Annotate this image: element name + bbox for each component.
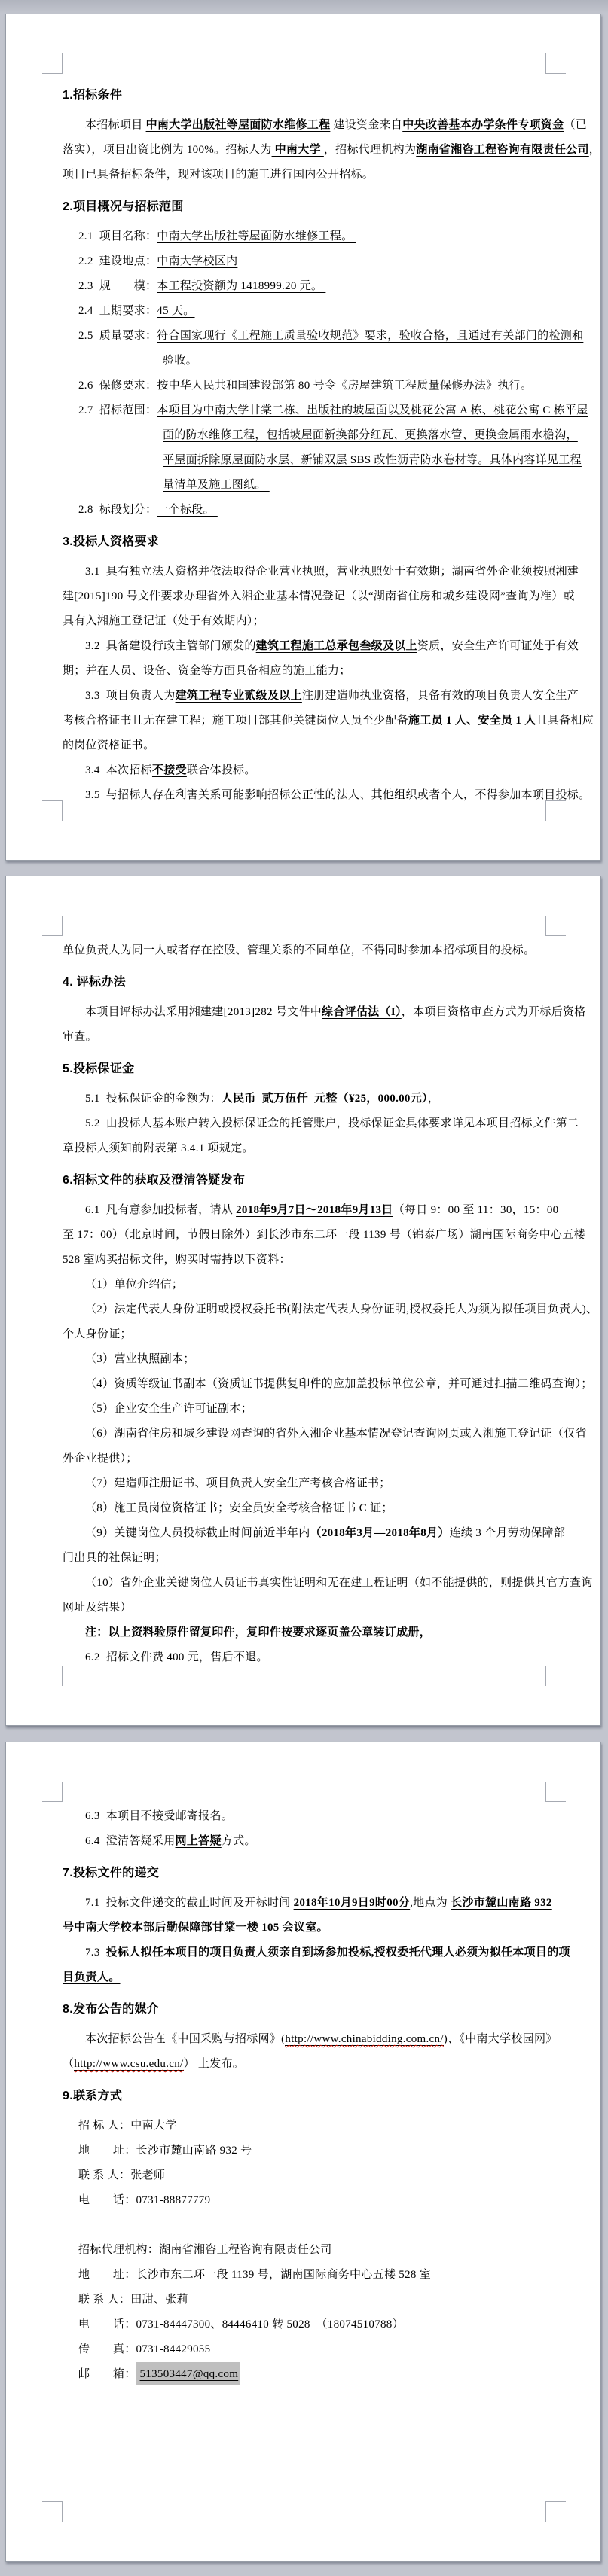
text-line: 审查。 [63, 1025, 563, 1050]
text-line: 联 系 人：张老师 [78, 2163, 563, 2188]
text-run: 单位负责人为同一人或者存在控股、管理关系的不同单位，不得同时参加本招标项目的投标… [63, 944, 535, 956]
text-run: 具有入湘施工登记证（处于有效期内）； [63, 615, 264, 627]
heading-8-announcement-media: 8.发布公告的媒介 [63, 1997, 563, 2022]
text-run: 一个标段。 [157, 504, 218, 516]
text-run: 本次招标公告在《中国采购与招标网》( [85, 2033, 285, 2045]
text-line: 验收。 [163, 349, 563, 373]
text-line: （6）湖南省住房和城乡建设网查询的省外入湘企业基本情况登记查询网页或入湘施工登记… [85, 1422, 563, 1447]
text-run: 号中南大学校本部后勤保障部甘棠一楼 105 会议室。 [63, 1922, 328, 1934]
text-run: 5.2 由投标人基本账户转入投标保证金的托管账户，投标保证金具体要求详见本项目招… [85, 1117, 579, 1129]
text-run: 量清单及施工图纸。 [163, 479, 270, 491]
text-line: 期；并在人员、设备、资金等方面具备相应的施工能力； [63, 659, 563, 684]
heading-3-bidder-qualifications: 3.投标人资格要求 [63, 529, 563, 554]
text-run: 个人身份证； [63, 1328, 132, 1340]
text-run: )、《中南大学校园网》 [444, 2033, 558, 2045]
text-line: 网址及结果） [63, 1596, 563, 1620]
text-line: 6.3 本项目不接受邮寄报名。 [85, 1804, 563, 1829]
text-run: 湖南省湘咨工程咨询有限责任公司 [416, 144, 589, 156]
text-run: 面的防水维修工程，包括坡屋面新换部分红瓦、更换落水管、更换金属雨水檐沟， [163, 429, 578, 441]
text-run: ， [589, 144, 600, 156]
text-run: 电 话：0731-88877779 [78, 2194, 210, 2206]
text-run: 长沙市麓山南路 932 [451, 1897, 552, 1909]
text-run: 资质，安全生产许可证处于有效 [417, 640, 579, 652]
text-run: 9.联系方式 [63, 2090, 122, 2102]
text-line: 外企业提供）； [63, 1447, 563, 1471]
text-run: 不接受 [152, 764, 187, 776]
text-line: 3.1 具有独立法人资格并依法取得企业营业执照，营业执照处于有效期；湖南省外企业… [85, 559, 563, 584]
text-run: 且具备相应 [536, 715, 594, 727]
text-run: 审查。 [63, 1031, 97, 1043]
text-run: （1）单位介绍信； [85, 1279, 183, 1291]
text-run: 中南大学校区内 [157, 255, 237, 267]
text-run: 元） [411, 1093, 428, 1105]
text-line: 单位负责人为同一人或者存在控股、管理关系的不同单位，不得同时参加本招标项目的投标… [63, 938, 563, 963]
text-run: 45 天。 [157, 305, 194, 317]
text-run: 招标代理机构：湖南省湘咨工程咨询有限责任公司 [78, 2244, 332, 2256]
text-line: 2.6 保修要求：按中华人民共和国建设部第 80 号令《房屋建筑工程质量保修办法… [78, 373, 563, 398]
text-line: 招标代理机构：湖南省湘咨工程咨询有限责任公司 [78, 2238, 563, 2263]
url-csu[interactable]: http://www.csu.edu.cn/ [74, 2058, 183, 2071]
text-line: 3.5 与招标人存在利害关系可能影响招标公正性的法人、其他组织或者个人，不得参加… [85, 783, 563, 808]
text-line: （4）资质等级证书副本（资质证书提供复印件的应加盖投标单位公章，并可通过扫描二维… [85, 1372, 563, 1397]
text-line [63, 2213, 563, 2238]
text-run: 3.1 具有独立法人资格并依法取得企业营业执照，营业执照处于有效期；湖南省外企业… [85, 566, 579, 578]
text-run [63, 2219, 66, 2231]
page-3-text-content: 6.3 本项目不接受邮寄报名。6.4 澄清答疑采用网上答疑方式。7.投标文件的递… [63, 1804, 563, 2387]
text-line: 电 话：0731-88877779 [78, 2188, 563, 2213]
text-run: 联 系 人：田甜、张莉 [78, 2294, 188, 2306]
text-line: （9）关键岗位人员投标截止时间前近半年内（2018年3月—2018年8月）连续 … [85, 1521, 563, 1546]
text-run: 至 17：00）（北京时间，节假日除外）到长沙市东二环一段 1139 号（锦泰广… [63, 1229, 585, 1241]
text-run: 网上答疑 [176, 1835, 222, 1847]
text-line: 号中南大学校本部后勤保障部甘棠一楼 105 会议室。 [63, 1916, 563, 1940]
text-run: 考核合格证书且无在建工程；施工项目部其他关键岗位人员至少配备 [63, 715, 408, 727]
text-line: 项目已具备招标条件，现对该项目的施工进行国内公开招标。 [63, 163, 563, 187]
text-line: 的岗位资格证书。 [63, 733, 563, 758]
text-line: 电 话：0731-84447300、84446410 转 5028 （18074… [78, 2312, 563, 2337]
margin-crop-mark-top-right [545, 916, 566, 936]
text-line: 3.3 项目负责人为建筑工程专业贰级及以上注册建造师执业资格，具备有效的项目负责… [85, 684, 563, 709]
text-run: （10）省外企业关键岗位人员证书真实性证明和无在建工程证明（如不能提供的，则提供… [85, 1577, 593, 1589]
text-run: （9）关键岗位人员投标截止时间前近半年内 [85, 1527, 310, 1539]
text-line: 本项目评标办法采用湘建建[2013]282 号文件中综合评估法（I），本项目资格… [85, 1000, 563, 1025]
text-line: 落实），项目出资比例为 100%。招标人为 中南大学 ，招标代理机构为湖南省湘咨… [63, 138, 563, 163]
text-run: （7）建造师注册证书、项目负责人安全生产考核合格证书； [85, 1477, 391, 1489]
text-line: 2.5 质量要求：符合国家现行《工程施工质量验收规范》要求，验收合格，且通过有关… [78, 324, 563, 349]
text-run: 电 话：0731-84447300、84446410 转 5028 （18074… [78, 2318, 404, 2331]
text-run: 注册建造师执业资格，具备有效的项目负责人安全生产 [302, 690, 579, 702]
text-line: （1）单位介绍信； [85, 1273, 563, 1297]
text-line: 地 址：长沙市东二环一段 1139 号，湖南国际商务中心五楼 528 室 [78, 2263, 563, 2288]
text-run: 建筑工程施工总承包叁级及以上 [256, 640, 417, 652]
text-run: 招 标 人：中南大学 [78, 2120, 177, 2132]
text-run: （2018年3月—2018年8月） [310, 1527, 450, 1539]
text-run: （ [63, 2058, 74, 2070]
text-run: （已 [564, 119, 587, 131]
text-run: 建[2015]190 号文件要求办理省外入湘企业基本情况登记（以“湖南省住房和城… [63, 590, 575, 602]
text-run: 地 址：长沙市麓山南路 932 号 [78, 2145, 252, 2157]
text-line: 6.4 澄清答疑采用网上答疑方式。 [85, 1829, 563, 1854]
text-line: （2）法定代表人身份证明或授权委托书(附法定代表人身份证明,授权委托人为须为拟任… [85, 1297, 563, 1322]
text-run: 网址及结果） [63, 1602, 132, 1614]
margin-crop-mark-top-left [42, 1782, 63, 1802]
text-line: 目负责人。 [63, 1965, 563, 1990]
text-run: 的岗位资格证书。 [63, 739, 154, 751]
heading-7-bid-submission: 7.投标文件的递交 [63, 1861, 563, 1886]
text-run: 中央改善基本办学条件专项资金 [402, 119, 564, 131]
text-run: 7.1 投标文件递交的截止时间及开标时间 [85, 1897, 294, 1909]
text-run: 元整（¥ [314, 1093, 355, 1105]
text-run: 6.1 凡有意参加投标者，请从 [85, 1204, 236, 1216]
margin-crop-mark-bottom-right [545, 2501, 566, 2522]
text-run: 地 址：长沙市东二环一段 1139 号，湖南国际商务中心五楼 528 室 [78, 2269, 431, 2281]
text-line: 3.4 本次招标不接受联合体投标。 [85, 758, 563, 783]
text-run: 联 系 人：张老师 [78, 2169, 165, 2181]
page-2-text-content: 单位负责人为同一人或者存在控股、管理关系的不同单位，不得同时参加本招标项目的投标… [63, 938, 563, 1670]
text-run: 8.发布公告的媒介 [63, 2003, 159, 2016]
text-run: 本项目评标办法采用湘建建[2013]282 号文件中 [85, 1006, 322, 1018]
margin-crop-mark-bottom-left [42, 800, 63, 821]
text-line: 本招标项目 中南大学出版社等屋面防水维修工程 建设资金来自中央改善基本办学条件专… [85, 113, 563, 138]
text-line: 面的防水维修工程，包括坡屋面新换部分红瓦、更换落水管、更换金属雨水檐沟， [163, 423, 563, 448]
text-line: （5）企业安全生产许可证副本； [85, 1397, 563, 1422]
text-run: （5）企业安全生产许可证副本； [85, 1403, 252, 1415]
text-run: ） 上发布。 [184, 2058, 245, 2070]
document-page-1: 1.招标条件本招标项目 中南大学出版社等屋面防水维修工程 建设资金来自中央改善基… [5, 14, 601, 861]
text-line: 2.2 建设地点：中南大学校区内 [78, 249, 563, 274]
heading-5-bid-bond: 5.投标保证金 [63, 1056, 563, 1081]
text-run: 6.2 招标文件费 400 元，售后不退。 [85, 1651, 268, 1663]
text-run: （3）营业执照副本； [85, 1353, 195, 1365]
text-line: 2.4 工期要求：45 天。 [78, 299, 563, 324]
text-run: ，本项目资格审查方式为开标后资格 [402, 1006, 586, 1018]
text-run: 验收。 [163, 355, 200, 367]
text-line: 至 17：00）（北京时间，节假日除外）到长沙市东二环一段 1139 号（锦泰广… [63, 1223, 563, 1248]
document-viewer-canvas: 1.招标条件本招标项目 中南大学出版社等屋面防水维修工程 建设资金来自中央改善基… [0, 0, 608, 2576]
text-run: 符合国家现行《工程施工质量验收规范》要求，验收合格，且通过有关部门的检测和 [157, 330, 583, 342]
text-run: 2.7 招标范围： [78, 404, 157, 416]
text-run: 传 真：0731-84429055 [78, 2343, 210, 2355]
text-run: 邮 箱： [78, 2368, 136, 2380]
text-line: 本次招标公告在《中国采购与招标网》(http://www.chinabiddin… [85, 2027, 563, 2052]
text-line: 2.1 项目名称：中南大学出版社等屋面防水维修工程。 [78, 224, 563, 249]
text-run: 施工员 1 人、安全员 1 人 [408, 715, 536, 727]
heading-6-document-acquisition: 6.招标文件的获取及澄清答疑发布 [63, 1168, 563, 1193]
text-line: （http://www.csu.edu.cn/） 上发布。 [63, 2052, 563, 2077]
heading-2-project-overview: 2.项目概况与招标范围 [63, 194, 563, 219]
text-run: ,地点为 [410, 1897, 451, 1909]
text-line: 528 室购买招标文件，购买时需持以下资料： [63, 1248, 563, 1273]
text-line: 考核合格证书且无在建工程；施工项目部其他关键岗位人员至少配备施工员 1 人、安全… [63, 709, 563, 733]
text-run: 3.3 项目负责人为 [85, 690, 176, 702]
text-run: 落实），项目出资比例为 100%。招标人为 [63, 144, 272, 156]
text-run: 建筑工程专业贰级及以上 [176, 690, 302, 702]
text-run: 2018年10月9日9时00分 [294, 1897, 411, 1909]
text-line: 地 址：长沙市麓山南路 932 号 [78, 2139, 563, 2163]
text-run: 外企业提供）； [63, 1453, 138, 1465]
text-run: 6.3 本项目不接受邮寄报名。 [85, 1810, 233, 1822]
text-run: 2.6 保修要求： [78, 380, 157, 392]
text-run: 25，000.00 [355, 1093, 411, 1105]
text-run: 中南大学出版社等屋面防水维修工程。 [157, 230, 356, 242]
text-run: 3.2 具备建设行政主管部门颁发的 [85, 640, 256, 652]
text-run: 1.招标条件 [63, 89, 122, 102]
margin-crop-mark-top-right [545, 53, 566, 74]
text-run: 平屋面拆除原屋面防水层、新铺双层 SBS 改性沥青防水卷材等。具体内容详见工程 [163, 454, 582, 466]
text-run: （4）资质等级证书副本（资质证书提供复印件的应加盖投标单位公章，并可通过扫描二维… [85, 1378, 593, 1390]
margin-crop-mark-top-left [42, 916, 63, 936]
text-line: 7.1 投标文件递交的截止时间及开标时间 2018年10月9日9时00分,地点为… [85, 1891, 563, 1916]
margin-crop-mark-bottom-left [42, 1666, 63, 1686]
text-run: 3.投标人资格要求 [63, 535, 159, 548]
text-line: 3.2 具备建设行政主管部门颁发的建筑工程施工总承包叁级及以上资质，安全生产许可… [85, 634, 563, 659]
text-line: 邮 箱：513503447@qq.com [78, 2362, 563, 2387]
text-run: 投标人拟任本项目的项目负责人须亲自到场参加投标,授权委托代理人必须为拟任本项目的… [106, 1946, 570, 1959]
text-run: 2.5 质量要求： [78, 330, 157, 342]
document-page-3: 6.3 本项目不接受邮寄报名。6.4 澄清答疑采用网上答疑方式。7.投标文件的递… [5, 1742, 601, 2562]
text-line: 联 系 人：田甜、张莉 [78, 2288, 563, 2312]
document-page-2: 单位负责人为同一人或者存在控股、管理关系的不同单位，不得同时参加本招标项目的投标… [5, 876, 601, 1726]
text-run: （每日 9：00 至 11：30，15：00 [393, 1204, 559, 1216]
text-run: 2.8 标段划分： [78, 504, 157, 516]
text-run: 6.招标文件的获取及澄清答疑发布 [63, 1174, 245, 1187]
text-line: （3）营业执照副本； [85, 1347, 563, 1372]
text-run: 3.5 与招标人存在利害关系可能影响招标公正性的法人、其他组织或者个人，不得参加… [85, 789, 590, 801]
text-run: 章投标人须知前附表第 3.4.1 项规定。 [63, 1142, 254, 1154]
text-run: 期；并在人员、设备、资金等方面具备相应的施工能力； [63, 665, 351, 677]
text-run: 2.2 建设地点： [78, 255, 157, 267]
text-line: 传 真：0731-84429055 [78, 2337, 563, 2362]
text-line: 量清单及施工图纸。 [163, 473, 563, 498]
text-run: （8）施工员岗位资格证书；安全员安全考核合格证书 C 证； [85, 1502, 393, 1514]
text-run: 2.1 项目名称： [78, 230, 157, 242]
text-line: 5.2 由投标人基本账户转入投标保证金的托管账户，投标保证金具体要求详见本项目招… [85, 1111, 563, 1136]
text-run: 项目已具备招标条件，现对该项目的施工进行国内公开招标。 [63, 169, 374, 181]
text-run: 方式。 [222, 1835, 256, 1847]
text-line: 建[2015]190 号文件要求办理省外入湘企业基本情况登记（以“湖南省住房和城… [63, 584, 563, 609]
text-run: 2018年9月7日～2018年9月13日 [236, 1204, 393, 1216]
text-line: 注：以上资料验原件留复印件，复印件按要求逐页盖公章装订成册， [85, 1620, 563, 1645]
text-run: ， [428, 1093, 439, 1105]
text-line: 个人身份证； [63, 1322, 563, 1347]
margin-crop-mark-bottom-left [42, 2501, 63, 2522]
text-line: 6.1 凡有意参加投标者，请从 2018年9月7日～2018年9月13日（每日 … [85, 1198, 563, 1223]
text-run: 按中华人民共和国建设部第 80 号令《房屋建筑工程质量保修办法》执行。 [157, 380, 535, 392]
email-link-selected[interactable]: 513503447@qq.com [136, 2362, 240, 2385]
margin-crop-mark-top-right [545, 1782, 566, 1802]
text-run: 2.3 规 模： [78, 280, 157, 292]
text-run: 本工程投资额为 1418999.20 元。 [157, 280, 325, 292]
text-run: 综合评估法（I） [322, 1006, 402, 1018]
heading-1-bidding-conditions: 1.招标条件 [63, 83, 563, 108]
text-run: 注：以上资料验原件留复印件，复印件按要求逐页盖公章装订成册， [85, 1626, 431, 1639]
text-run: 2.项目概况与招标范围 [63, 200, 184, 213]
heading-4-evaluation-method: 4. 评标办法 [63, 970, 563, 995]
text-line: 2.7 招标范围：本项目为中南大学甘棠二栋、出版社的坡屋面以及桃花公寓 A 栋、… [78, 398, 563, 423]
heading-9-contact-info: 9.联系方式 [63, 2084, 563, 2108]
text-run: 5.1 投标保证金的金额为： [85, 1093, 222, 1105]
url-chinabidding[interactable]: http://www.chinabidding.com.cn/ [285, 2033, 443, 2046]
text-run: 2.4 工期要求： [78, 305, 157, 317]
text-run: 3.4 本次招标 [85, 764, 152, 776]
text-run: 联合体投标。 [187, 764, 256, 776]
text-line: 5.1 投标保证金的金额为：人民币 贰万伍仟 元整（¥25，000.00元）， [85, 1087, 563, 1111]
page-1-text-content: 1.招标条件本招标项目 中南大学出版社等屋面防水维修工程 建设资金来自中央改善基… [63, 76, 563, 808]
text-line: （8）施工员岗位资格证书；安全员安全考核合格证书 C 证； [85, 1496, 563, 1521]
text-run: 本项目为中南大学甘棠二栋、出版社的坡屋面以及桃花公寓 A 栋、桃花公寓 C 栋平… [157, 404, 588, 416]
text-run: 人民币 [222, 1093, 256, 1105]
text-run: 本招标项目 [85, 119, 146, 131]
margin-crop-mark-top-left [42, 53, 63, 74]
text-run: 5.投标保证金 [63, 1062, 134, 1075]
text-line: 2.8 标段划分：一个标段。 [78, 498, 563, 523]
text-run: 6.4 澄清答疑采用 [85, 1835, 176, 1847]
text-run: （6）湖南省住房和城乡建设网查询的省外入湘企业基本情况登记查询网页或入湘施工登记… [85, 1428, 587, 1440]
canvas-top-shade [0, 0, 608, 14]
text-line: 2.3 规 模：本工程投资额为 1418999.20 元。 [78, 274, 563, 299]
text-run: 连续 3 个月劳动保障部 [450, 1527, 566, 1539]
text-line: （10）省外企业关键岗位人员证书真实性证明和无在建工程证明（如不能提供的，则提供… [85, 1571, 563, 1596]
text-line: 章投标人须知前附表第 3.4.1 项规定。 [63, 1136, 563, 1161]
text-run: 7.3 [85, 1946, 106, 1959]
text-run: 4. 评标办法 [63, 976, 126, 989]
text-run: 门出具的社保证明； [63, 1552, 167, 1564]
text-run: 中南大学出版社等屋面防水维修工程 [146, 119, 331, 131]
text-run: 建设资金来自 [330, 119, 402, 131]
text-run: 中南大学 [272, 144, 324, 156]
text-line: 招 标 人：中南大学 [78, 2114, 563, 2139]
text-run: 7.投标文件的递交 [63, 1867, 159, 1879]
text-run: 528 室购买招标文件，购买时需持以下资料： [63, 1254, 291, 1266]
text-line: （7）建造师注册证书、项目负责人安全生产考核合格证书； [85, 1471, 563, 1496]
text-run: ，招标代理机构为 [324, 144, 416, 156]
text-run: 目负责人。 [63, 1971, 121, 1983]
text-line: 门出具的社保证明； [63, 1546, 563, 1571]
text-run: （2）法定代表人身份证明或授权委托书(附法定代表人身份证明,授权委托人为须为拟任… [85, 1303, 597, 1315]
text-line: 6.2 招标文件费 400 元，售后不退。 [85, 1645, 563, 1670]
text-line: 7.3 投标人拟任本项目的项目负责人须亲自到场参加投标,授权委托代理人必须为拟任… [85, 1940, 563, 1965]
text-run: 贰万伍仟 [256, 1093, 314, 1105]
text-line: 具有入湘施工登记证（处于有效期内）； [63, 609, 563, 634]
text-line: 平屋面拆除原屋面防水层、新铺双层 SBS 改性沥青防水卷材等。具体内容详见工程 [163, 448, 563, 473]
